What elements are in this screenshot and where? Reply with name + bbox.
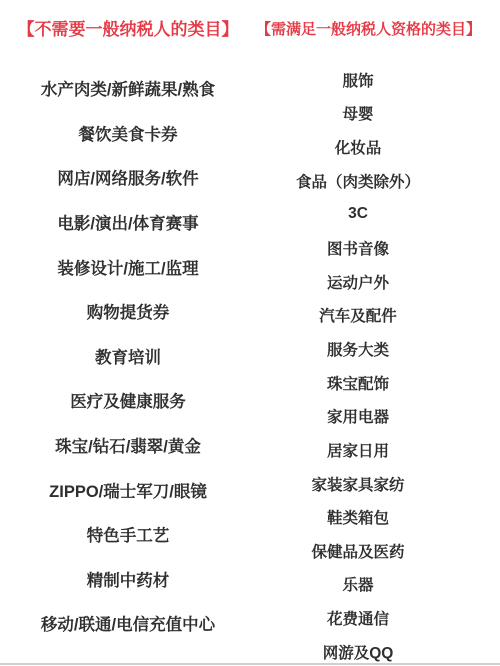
category-item: 精制中药材 bbox=[0, 557, 256, 602]
category-item: 网游及QQ bbox=[256, 635, 460, 666]
category-item: 化妆品 bbox=[256, 130, 460, 164]
category-item: 餐饮美食卡券 bbox=[0, 111, 256, 156]
right-column: 【需满足一般纳税人资格的类目】 服饰母婴化妆品食品（肉类除外）3C图书音像运动户… bbox=[256, 0, 460, 666]
category-item: 居家日用 bbox=[256, 433, 460, 467]
category-notice-page: 【不需要一般纳税人的类目】 水产肉类/新鲜蔬果/熟食餐饮美食卡券网店/网络服务/… bbox=[0, 0, 500, 666]
category-item: 电影/演出/体育赛事 bbox=[0, 200, 256, 245]
category-item: 服务大类 bbox=[256, 332, 460, 366]
category-item: 家装家具家纺 bbox=[256, 467, 460, 501]
category-item: 移动/联通/电信充值中心 bbox=[0, 601, 256, 646]
right-column-list: 服饰母婴化妆品食品（肉类除外）3C图书音像运动户外汽车及配件服务大类珠宝配饰家用… bbox=[256, 63, 460, 666]
category-item: 医疗及健康服务 bbox=[0, 378, 256, 423]
category-item: 图书音像 bbox=[256, 231, 460, 265]
category-item: 购物提货券 bbox=[0, 289, 256, 334]
left-column-header: 【不需要一般纳税人的类目】 bbox=[0, 18, 256, 42]
category-item: 家用电器 bbox=[256, 399, 460, 433]
category-item: 汽车及配件 bbox=[256, 298, 460, 332]
category-item: 珠宝/钻石/翡翠/黄金 bbox=[0, 423, 256, 468]
bottom-divider bbox=[0, 663, 500, 665]
category-item: 水产肉类/新鲜蔬果/熟食 bbox=[0, 66, 256, 111]
category-item: 运动户外 bbox=[256, 265, 460, 299]
left-column-list: 水产肉类/新鲜蔬果/熟食餐饮美食卡券网店/网络服务/软件电影/演出/体育赛事装修… bbox=[0, 66, 256, 646]
category-item: 母婴 bbox=[256, 97, 460, 131]
category-item: 乐器 bbox=[256, 568, 460, 602]
left-column: 【不需要一般纳税人的类目】 水产肉类/新鲜蔬果/熟食餐饮美食卡券网店/网络服务/… bbox=[0, 0, 256, 666]
category-item: 鞋类箱包 bbox=[256, 500, 460, 534]
category-item: 装修设计/施工/监理 bbox=[0, 244, 256, 289]
category-item: 3C bbox=[256, 198, 460, 232]
category-item: 特色手工艺 bbox=[0, 512, 256, 557]
category-item: 服饰 bbox=[256, 63, 460, 97]
category-item: ZIPPO/瑞士军刀/眼镜 bbox=[0, 467, 256, 512]
category-item: 网店/网络服务/软件 bbox=[0, 155, 256, 200]
right-column-header: 【需满足一般纳税人资格的类目】 bbox=[256, 18, 460, 42]
category-item: 花费通信 bbox=[256, 601, 460, 635]
category-item: 食品（肉类除外） bbox=[256, 164, 460, 198]
category-item: 教育培训 bbox=[0, 334, 256, 379]
category-item: 珠宝配饰 bbox=[256, 366, 460, 400]
category-item: 保健品及医药 bbox=[256, 534, 460, 568]
